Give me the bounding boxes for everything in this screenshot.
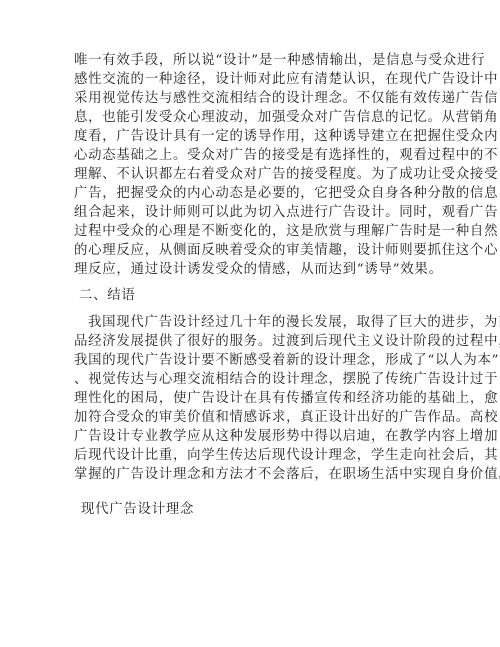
- text-line: 加符合受众的审美价值和情感诉求，真正设计出好的广告作品。高校: [74, 408, 424, 427]
- text-line: 理反应，通过设计诱发受众的情感，从而达到“诱导”效果。: [74, 260, 424, 279]
- text-line: 感性交流的一种途径，设计师对此应有清楚认识，在现代广告设计中: [74, 70, 424, 89]
- text-line: 品经济发展提供了很好的服务。过渡到后现代主义设计阶段的过程中，: [74, 332, 424, 351]
- text-line: 过程中受众的心理是不断变化的，这是欣赏与理解广告时是一种自然: [74, 222, 424, 241]
- text-line: 组合起来，设计师则可以此为切入点进行广告设计。同时，观看广告: [74, 203, 424, 222]
- text-line: 、视觉传达与心理交流相结合的设计理念，摆脱了传统广告设计过于: [74, 370, 424, 389]
- text-line: 广告设计专业教学应从这种发展形势中得以启迪，在教学内容上增加: [74, 427, 424, 446]
- text-line: 我国现代广告设计经过几十年的漫长发展，取得了巨大的进步，为商: [88, 313, 438, 332]
- section-heading: 二、结语: [79, 286, 136, 305]
- text-line: 我国的现代广告设计要不断感受着新的设计理念，形成了“以人为本”: [74, 351, 424, 370]
- document-page: 唯一有效手段，所以说“设计”是一种感情输出，是信息与受众进行 感性交流的一种途径…: [0, 0, 500, 647]
- text-line: 掌握的广告设计理念和方法才不会落后，在职场生活中实现自身价值。: [74, 465, 424, 484]
- text-line: 唯一有效手段，所以说“设计”是一种感情输出，是信息与受众进行: [74, 51, 424, 70]
- text-line: 心动态基础之上。受众对广告的接受是有选择性的，观看过程中的不: [74, 146, 424, 165]
- text-line: 理性化的困局，使广告设计在具有传播宣传和经济功能的基础上，愈: [74, 389, 424, 408]
- text-line: 采用视觉传达与感性交流相结合的设计理念。不仅能有效传递广告信: [74, 89, 424, 108]
- footer-title: 现代广告设计理念: [81, 500, 194, 519]
- text-line: 后现代设计比重，向学生传达后现代设计理念，学生走向社会后，其: [74, 446, 424, 465]
- text-line: 理解、不认识都左右着受众对广告的接受程度。为了成功让受众接受: [74, 165, 424, 184]
- text-line: 的心理反应，从侧面反映着受众的审美情趣，设计师则要抓住这个心: [74, 241, 424, 260]
- text-line: 息，也能引发受众心理波动，加强受众对广告信息的记忆。从营销角: [74, 108, 424, 127]
- text-line: 广告，把握受众的内心动态是必要的，它把受众自身各种分散的信息: [74, 184, 424, 203]
- text-line: 度看，广告设计具有一定的诱导作用，这种诱导建立在把握住受众内: [74, 127, 424, 146]
